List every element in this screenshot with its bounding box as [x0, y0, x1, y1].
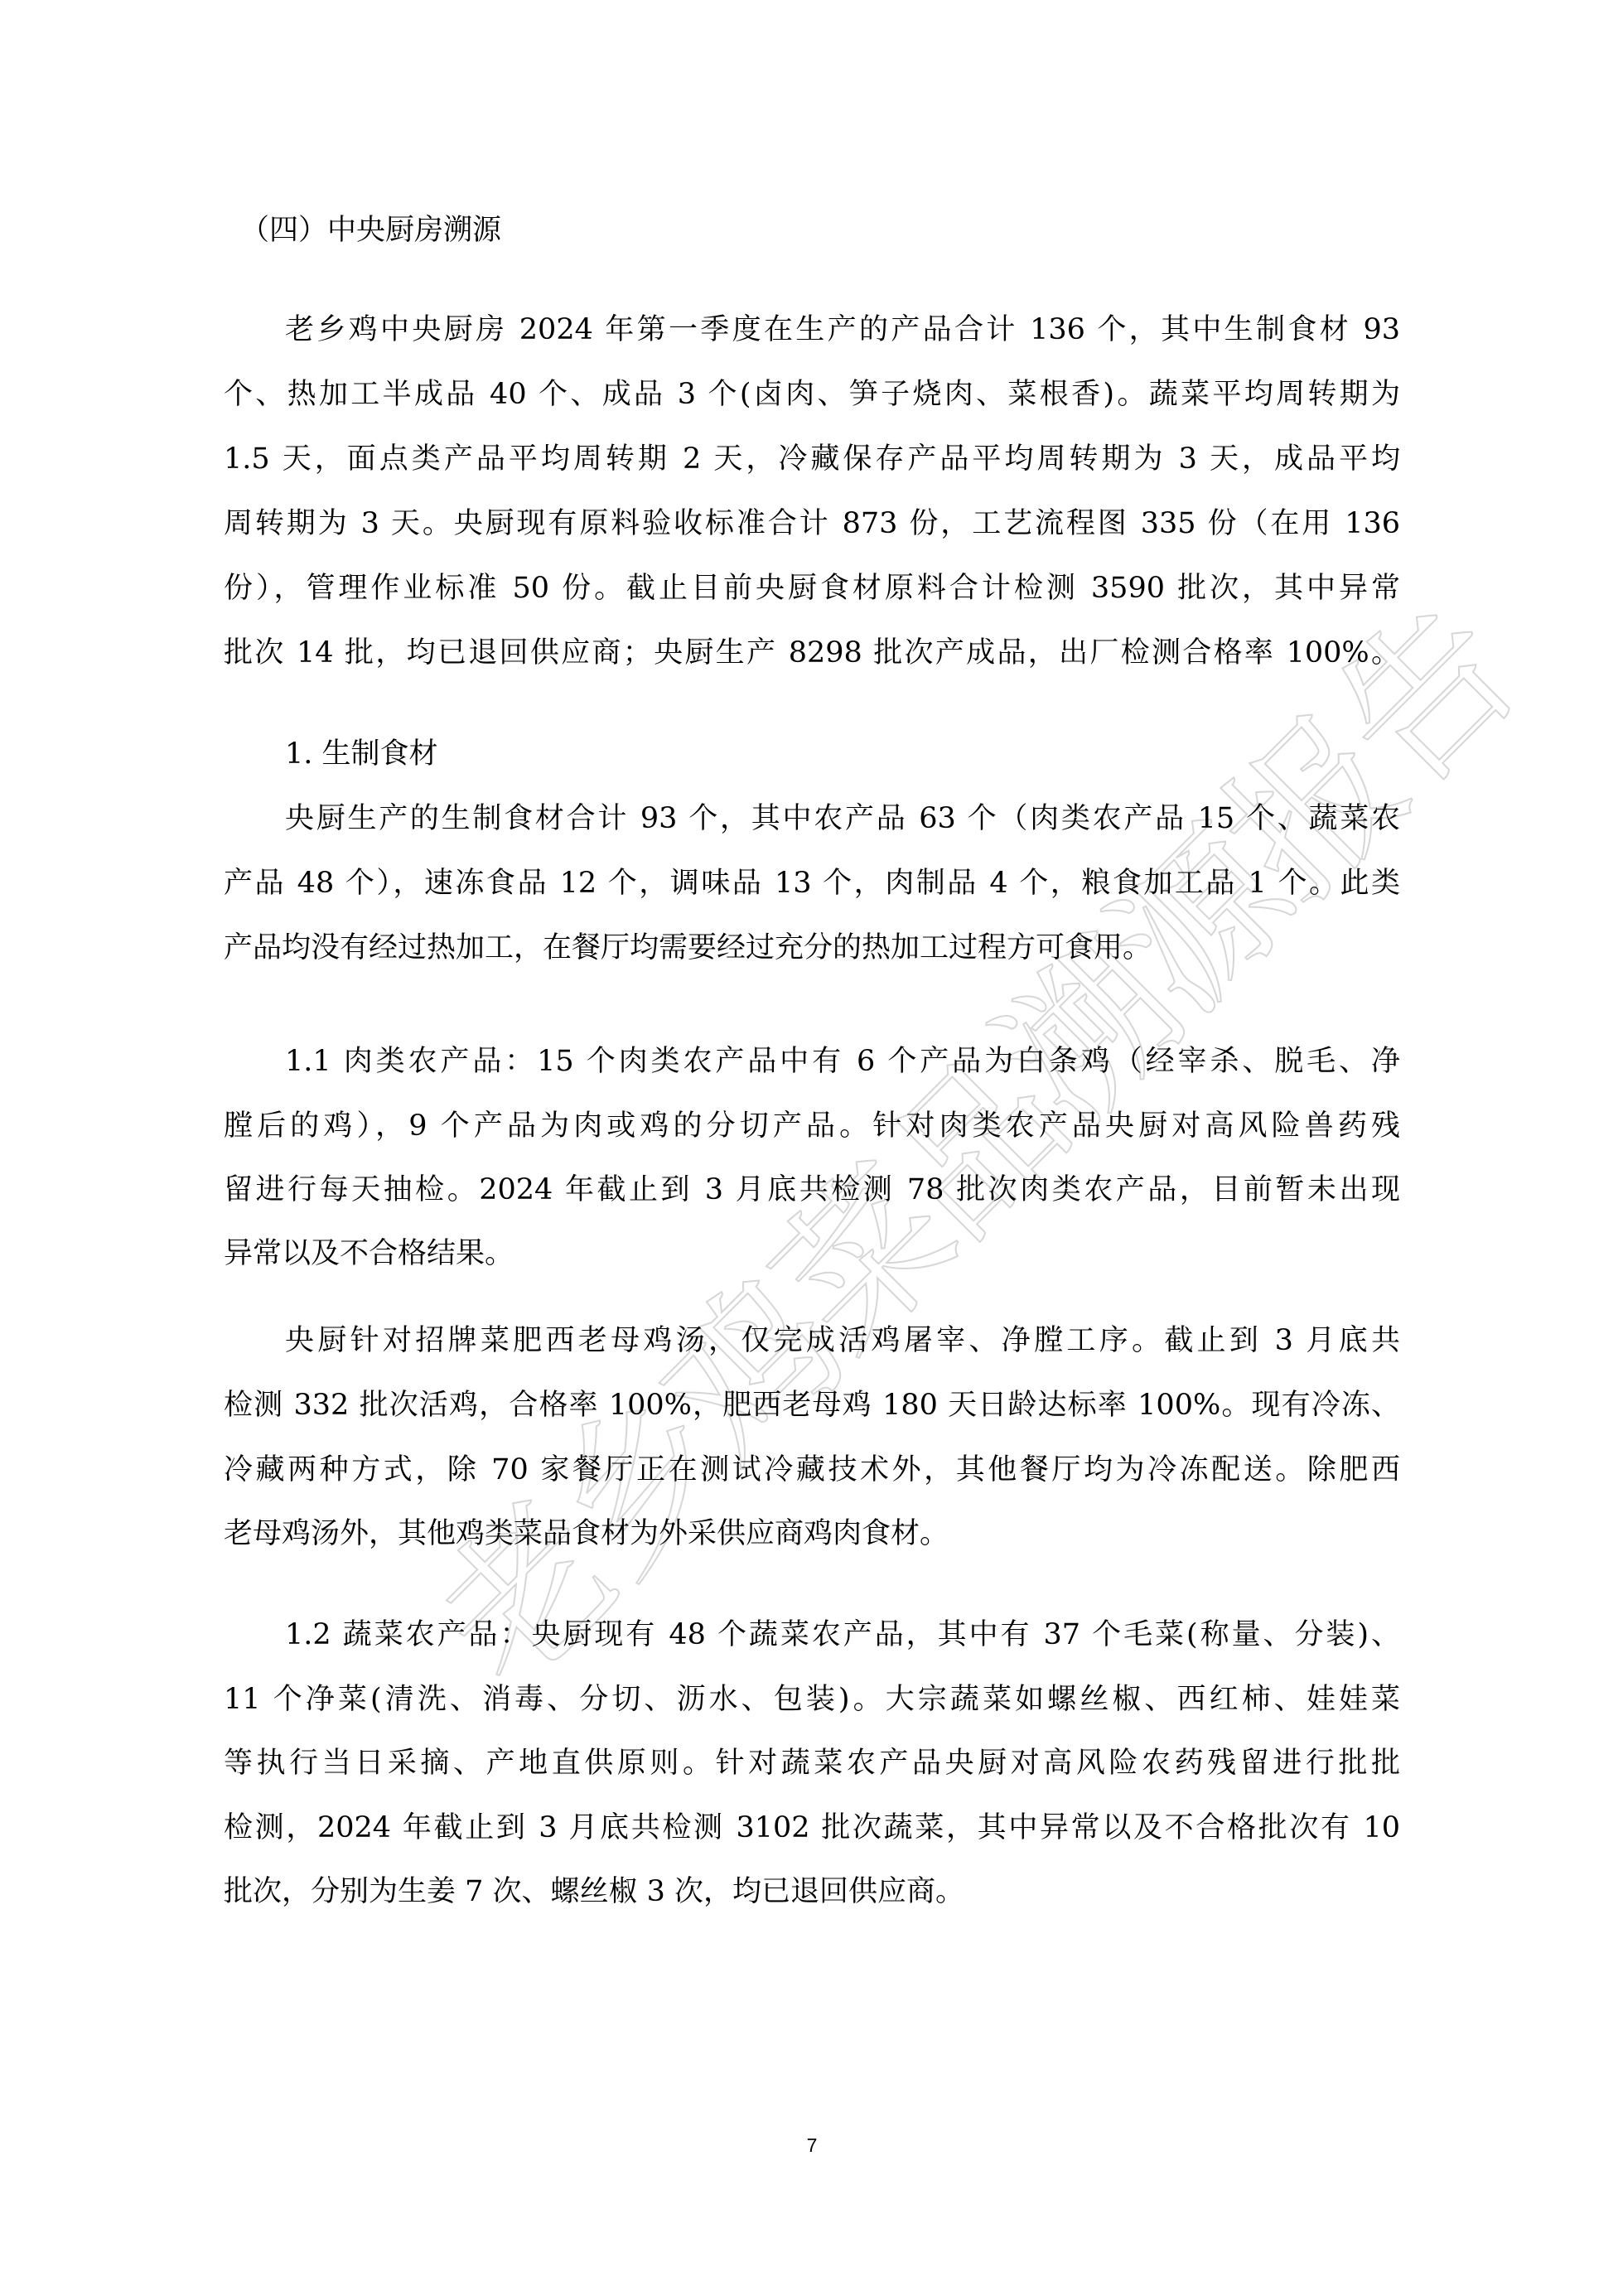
- paragraph-line: 份），管理作业标准 50 份。截止目前央厨食材原料合计检测 3590 批次，其中…: [224, 570, 1400, 607]
- paragraph-line: 异常以及不合格结果。: [224, 1235, 1400, 1272]
- paragraph-line: 产品均没有经过热加工，在餐厅均需要经过充分的热加工过程方可食用。: [224, 930, 1400, 966]
- paragraph-line: 产品 48 个），速冻食品 12 个，调味品 13 个，肉制品 4 个，粮食加工…: [224, 865, 1400, 901]
- page-number: 7: [795, 2133, 828, 2158]
- paragraph-line: 检测，2024 年截止到 3 月底共检测 3102 批次蔬菜，其中异常以及不合格…: [224, 1810, 1400, 1846]
- paragraph-line: 批次，分别为生姜 7 次、螺丝椒 3 次，均已退回供应商。: [224, 1873, 1400, 1910]
- paragraph-line: 11 个净菜(清洗、消毒、分切、沥水、包装)。大宗蔬菜如螺丝椒、西红柿、娃娃菜: [224, 1681, 1400, 1718]
- paragraph-line: 1.5 天，面点类产品平均周转期 2 天，冷藏保存产品平均周转期为 3 天，成品…: [224, 441, 1400, 477]
- paragraph-line: 检测 332 批次活鸡，合格率 100%，肥西老母鸡 180 天日龄达标率 10…: [224, 1387, 1400, 1424]
- paragraph-line: 膛后的鸡），9 个产品为肉或鸡的分切产品。针对肉类农产品央厨对高风险兽药残: [224, 1108, 1400, 1144]
- subsection-heading-raw-ingredients: 1. 生制食材: [285, 736, 1461, 772]
- page-content: （四）中央厨房溯源 老乡鸡中央厨房 2024 年第一季度在生产的产品合计 136…: [0, 0, 1623, 2296]
- paragraph-line: 1.1 肉类农产品：15 个肉类农产品中有 6 个产品为白条鸡（经宰杀、脱毛、净: [285, 1043, 1400, 1080]
- paragraph-line: 周转期为 3 天。央厨现有原料验收标准合计 873 份，工艺流程图 335 份（…: [224, 505, 1400, 542]
- paragraph-line: 留进行每天抽检。2024 年截止到 3 月底共检测 78 批次肉类农产品，目前暂…: [224, 1172, 1400, 1208]
- paragraph-line: 老乡鸡中央厨房 2024 年第一季度在生产的产品合计 136 个，其中生制食材 …: [285, 312, 1400, 348]
- paragraph-line: 央厨针对招牌菜肥西老母鸡汤，仅完成活鸡屠宰、净膛工序。截止到 3 月底共: [285, 1322, 1400, 1359]
- paragraph-line: 批次 14 批，均已退回供应商；央厨生产 8298 批次产成品，出厂检测合格率 …: [224, 635, 1400, 671]
- paragraph-line: 老母鸡汤外，其他鸡类菜品食材为外采供应商鸡肉食材。: [224, 1515, 1400, 1552]
- paragraph-line: 1.2 蔬菜农产品：央厨现有 48 个蔬菜农产品，其中有 37 个毛菜(称量、分…: [285, 1617, 1400, 1653]
- paragraph-line: 冷藏两种方式，除 70 家餐厅正在测试冷藏技术外，其他餐厅均为冷冻配送。除肥西: [224, 1452, 1400, 1488]
- document-page: 老乡鸡菜品溯源报告 （四）中央厨房溯源 老乡鸡中央厨房 2024 年第一季度在生…: [0, 0, 1623, 2296]
- section-heading: （四）中央厨房溯源: [240, 212, 1417, 249]
- paragraph-line: 等执行当日采摘、产地直供原则。针对蔬菜农产品央厨对高风险农药残留进行批批: [224, 1745, 1400, 1781]
- paragraph-line: 个、热加工半成品 40 个、成品 3 个(卤肉、笋子烧肉、菜根香)。蔬菜平均周转…: [224, 376, 1400, 413]
- paragraph-line: 央厨生产的生制食材合计 93 个，其中农产品 63 个（肉类农产品 15 个、蔬…: [285, 800, 1400, 837]
